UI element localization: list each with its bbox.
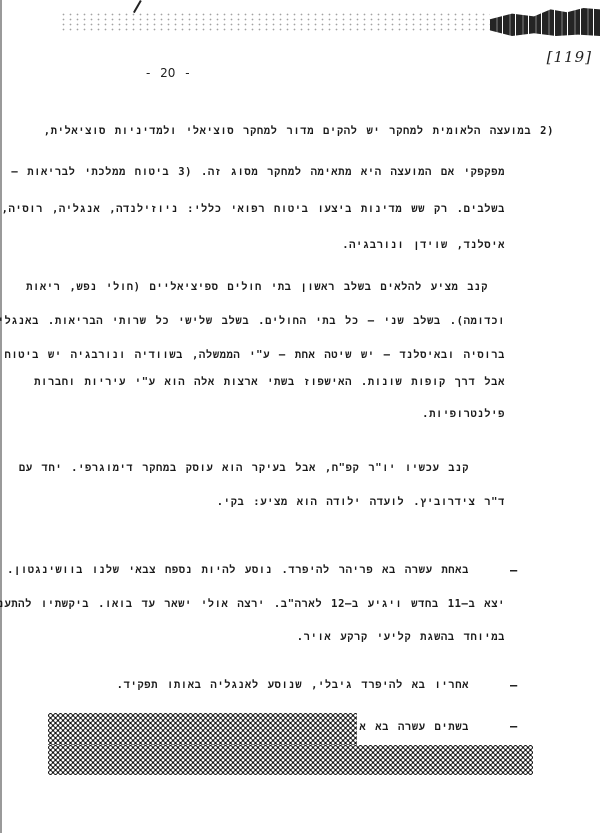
- paragraph-1-line-4: איסלנד, שוידן ונורבגיה.: [342, 239, 505, 252]
- bullet-1-line-1: באחת עשרה בא פריהר להיפרד. נוסע להיות נס…: [7, 564, 469, 577]
- paragraph-2-line-2: וכדומה). בשלב שני – כל בתי החולים. בשלב …: [0, 315, 505, 328]
- bullet-dash-1: –: [510, 563, 517, 577]
- paragraph-1-line-2: מפקפקי אם המועצה היא מתאימה למחקר מסוג ז…: [11, 166, 505, 179]
- bullet-1-line-3: במיוחד בהשגת קליעי קרקע אויר.: [297, 631, 505, 644]
- paragraph-1-line-1: (2 במועצה הלאומית למחקר יש להקים מדור למ…: [44, 125, 554, 138]
- bullet-1-line-2: יצא ב–11 בחדש ויגיע ב–12 לארה"ב. ירצה או…: [0, 598, 505, 611]
- scan-header-artifact: [0, 0, 600, 45]
- paragraph-1-line-3: בשלבים. רק שש מדינות ביצעו ביטוח רפואי כ…: [2, 203, 505, 216]
- paragraph-2-line-3: ברוסיה ובאיסלנד – יש שיטה אחת – ע"י הממש…: [0, 349, 505, 362]
- paragraph-2-line-1: קנב מציע להלאים בשלב ראשון בתי חולים ספי…: [26, 281, 488, 294]
- archive-number: [119]: [547, 48, 592, 66]
- scan-left-edge: [0, 0, 2, 833]
- bullet-3-line-1: בשתים עשרה בא איסר: [339, 721, 469, 734]
- paragraph-2-line-4: אבל דרך קופות שונות. האישפוז בשתי ארצות …: [34, 376, 505, 389]
- redaction-block-top-left: [48, 713, 357, 747]
- dark-stamp: [490, 8, 600, 36]
- bullet-2-line-1: אחריו בא להיפרד גיבלי, שנוסע לאנגליה באו…: [117, 679, 469, 692]
- page-number: - 20 -: [146, 66, 190, 80]
- redaction-block-bottom: [48, 745, 533, 775]
- bullet-dash-3: –: [510, 719, 517, 733]
- paragraph-2-line-5: פילנטרופיות.: [422, 408, 505, 421]
- bullet-dash-2: –: [510, 678, 517, 692]
- paragraph-3-line-2: ד"ר צידרוביץ. לועדה ילודה הוא מציע: בקי.: [217, 496, 505, 509]
- faded-stamp: [60, 12, 490, 32]
- paragraph-3-line-1: קנב עכשיו יו"ר קפ"ח, אבל בעיקר הוא עוסק …: [19, 462, 469, 475]
